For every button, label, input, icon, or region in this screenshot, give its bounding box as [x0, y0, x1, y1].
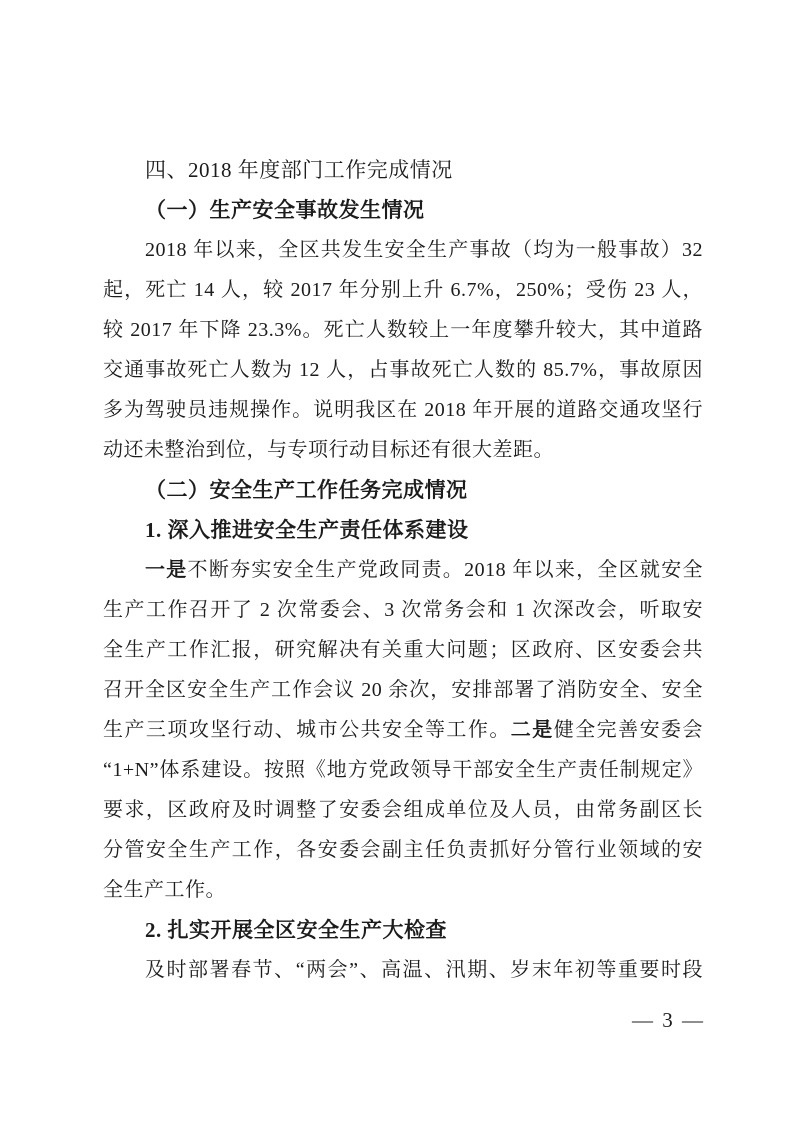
text-run: （二）安全生产工作任务完成情况: [145, 478, 468, 502]
text-line: 召开全区安全生产工作会议 20 余次，安排部署了消防安全、安全: [103, 670, 703, 710]
text-run: 要求，区政府及时调整了安委会组成单位及人员，由常务副区长: [103, 799, 703, 821]
text-line: 动还未整治到位，与专项行动目标还有很大差距。: [103, 430, 703, 470]
text-line: 生产三项攻坚行动、城市公共安全等工作。二是健全完善安委会: [103, 710, 703, 750]
text-run: 多为驾驶员违规操作。说明我区在 2018 年开展的道路交通攻坚行: [103, 399, 703, 421]
text-run: “1+N”体系建设。按照《地方党政领导干部安全生产责任制规定》: [103, 759, 703, 781]
text-run: 生产三项攻坚行动、城市公共安全等工作。: [103, 719, 511, 741]
text-line: 多为驾驶员违规操作。说明我区在 2018 年开展的道路交通攻坚行: [103, 390, 703, 430]
text-line: 分管安全生产工作，各安委会副主任负责抓好分管行业领域的安: [103, 830, 703, 870]
text-run: 全生产工作。: [103, 879, 226, 901]
text-run: 2. 扎实开展全区安全生产大检查: [145, 918, 447, 942]
numbered-heading: 1. 深入推进安全生产责任体系建设: [103, 510, 703, 550]
text-run: 健全完善安委会: [554, 719, 703, 741]
text-run: （一）生产安全事故发生情况: [145, 198, 425, 222]
text-run: 生产工作召开了 2 次常委会、3 次常务会和 1 次深改会，听取安: [103, 599, 703, 621]
text-line: 全生产工作。: [103, 870, 703, 910]
subsection-heading: （二）安全生产工作任务完成情况: [103, 470, 703, 510]
text-line: “1+N”体系建设。按照《地方党政领导干部安全生产责任制规定》: [103, 750, 703, 790]
text-run: 2018 年以来，全区共发生安全生产事故（均为一般事故）32: [145, 239, 703, 261]
text-run: 起，死亡 14 人，较 2017 年分别上升 6.7%，250%；受伤 23 人…: [103, 279, 703, 301]
text-line: 生产工作召开了 2 次常委会、3 次常务会和 1 次深改会，听取安: [103, 590, 703, 630]
text-run: 较 2017 年下降 23.3%。死亡人数较上一年度攀升较大，其中道路: [103, 319, 703, 341]
emphasis-run: 一是: [145, 559, 188, 581]
text-run: 分管安全生产工作，各安委会副主任负责抓好分管行业领域的安: [103, 839, 703, 861]
text-run: 1. 深入推进安全生产责任体系建设: [145, 518, 469, 542]
text-run: 四、2018 年度部门工作完成情况: [145, 158, 453, 182]
text-run: 不断夯实安全生产党政同责。2018 年以来，全区就安全: [188, 559, 703, 581]
text-run: 召开全区安全生产工作会议 20 余次，安排部署了消防安全、安全: [103, 679, 703, 701]
text-line: 2018 年以来，全区共发生安全生产事故（均为一般事故）32: [103, 230, 703, 270]
text-run: 动还未整治到位，与专项行动目标还有很大差距。: [103, 439, 554, 461]
text-line: 全生产工作汇报，研究解决有关重大问题；区政府、区安委会共: [103, 630, 703, 670]
page-number: — 3 —: [632, 1006, 705, 1034]
text-run: 交通事故死亡人数为 12 人，占事故死亡人数的 85.7%，事故原因: [103, 359, 703, 381]
numbered-heading: 2. 扎实开展全区安全生产大检查: [103, 910, 703, 950]
text-line: 起，死亡 14 人，较 2017 年分别上升 6.7%，250%；受伤 23 人…: [103, 270, 703, 310]
text-line: 较 2017 年下降 23.3%。死亡人数较上一年度攀升较大，其中道路: [103, 310, 703, 350]
document-page: 四、2018 年度部门工作完成情况（一）生产安全事故发生情况2018 年以来，全…: [0, 0, 793, 1122]
text-run: 全生产工作汇报，研究解决有关重大问题；区政府、区安委会共: [103, 639, 703, 661]
document-body: 四、2018 年度部门工作完成情况（一）生产安全事故发生情况2018 年以来，全…: [103, 150, 703, 990]
text-line: 一是不断夯实安全生产党政同责。2018 年以来，全区就安全: [103, 550, 703, 590]
text-line: 及时部署春节、“两会”、高温、汛期、岁末年初等重要时段: [103, 950, 703, 990]
text-run: 及时部署春节、“两会”、高温、汛期、岁末年初等重要时段: [145, 959, 703, 981]
text-line: 要求，区政府及时调整了安委会组成单位及人员，由常务副区长: [103, 790, 703, 830]
subsection-heading: （一）生产安全事故发生情况: [103, 190, 703, 230]
text-line: 交通事故死亡人数为 12 人，占事故死亡人数的 85.7%，事故原因: [103, 350, 703, 390]
section-heading: 四、2018 年度部门工作完成情况: [103, 150, 703, 190]
emphasis-run: 二是: [511, 719, 554, 741]
